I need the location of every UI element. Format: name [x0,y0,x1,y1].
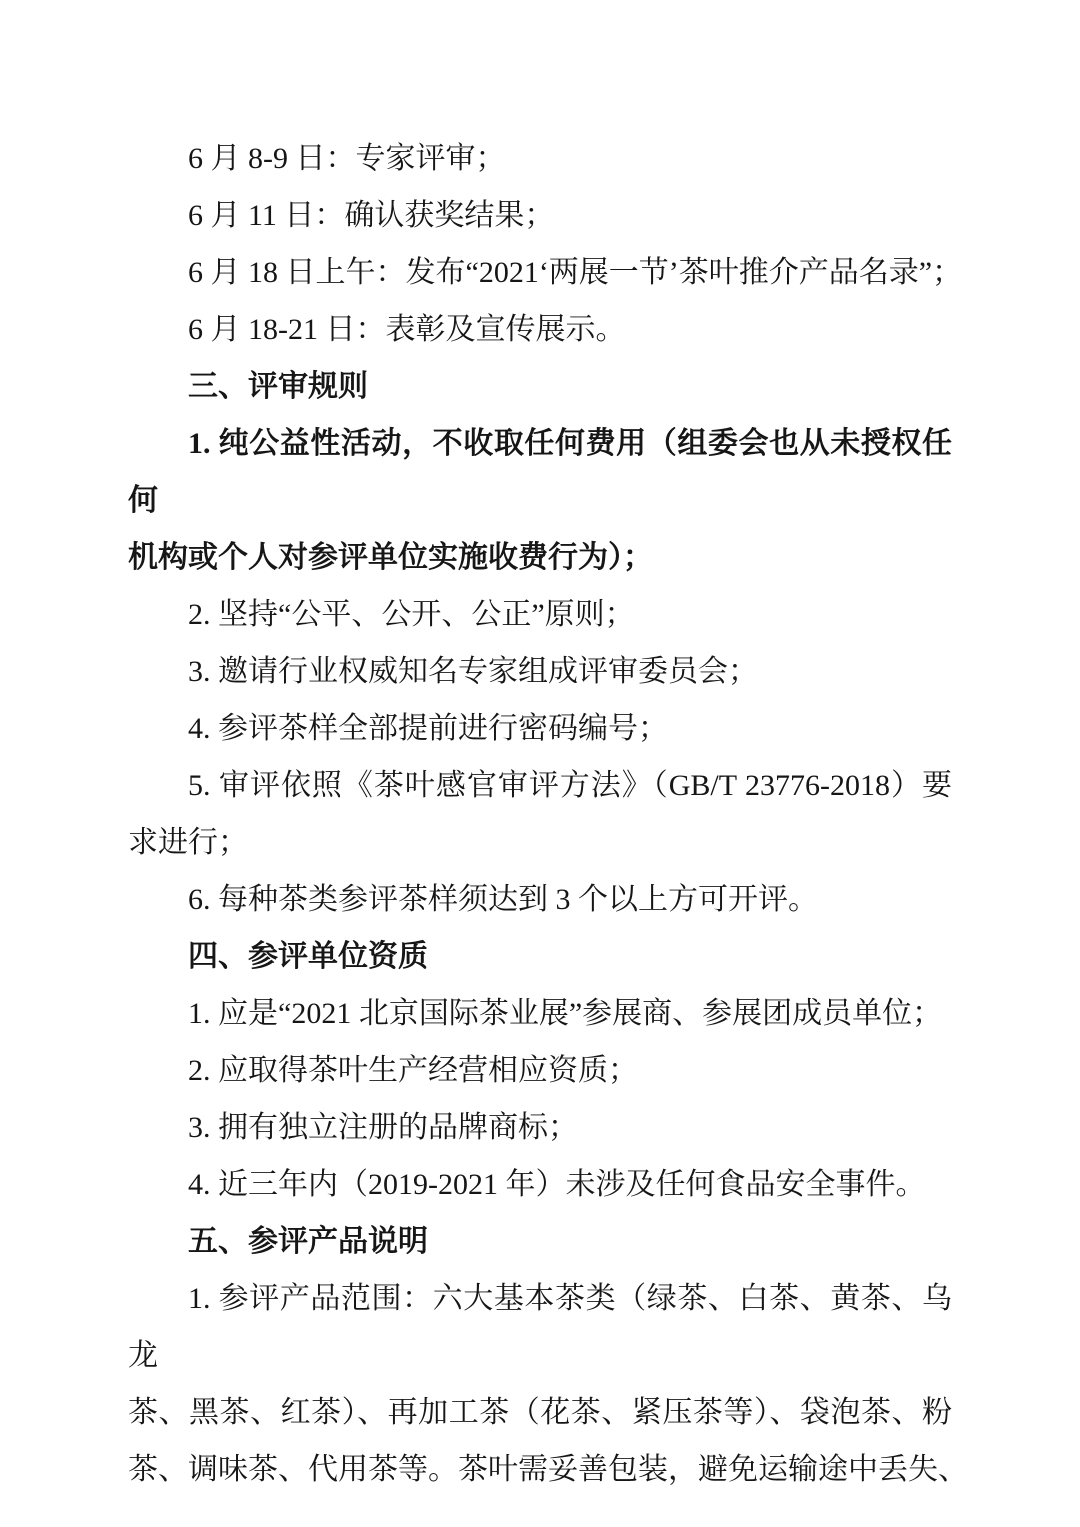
text-line: 6 月 11 日：确认获奖结果； [128,187,952,244]
paragraph: 3. 邀请行业权威知名专家组成评审委员会； [128,643,952,700]
paragraph: 4. 参评茶样全部提前进行密码编号； [128,700,952,757]
text-line: 6 月 18-21 日：表彰及宣传展示。 [128,301,952,358]
paragraph: 6 月 18-21 日：表彰及宣传展示。 [128,301,952,358]
paragraph: 6 月 11 日：确认获奖结果； [128,187,952,244]
paragraph: 1. 参评产品范围：六大基本茶类（绿茶、白茶、黄茶、乌龙茶、黑茶、红茶）、再加工… [128,1270,952,1498]
text-line: 茶、黑茶、红茶）、再加工茶（花茶、紧压茶等）、袋泡茶、粉 [128,1384,952,1441]
text-line: 3. 邀请行业权威知名专家组成评审委员会； [128,643,952,700]
paragraph: 4. 近三年内（2019-2021 年）未涉及任何食品安全事件。 [128,1156,952,1213]
paragraph: 6 月 8-9 日：专家评审； [128,130,952,187]
section-heading: 三、评审规则 [128,358,952,415]
text-line: 三、评审规则 [128,358,952,415]
text-line: 茶、调味茶、代用茶等。茶叶需妥善包装，避免运输途中丢失、 [128,1441,952,1498]
text-line: 求进行； [128,814,952,871]
section-heading: 四、参评单位资质 [128,928,952,985]
text-line: 1. 参评产品范围：六大基本茶类（绿茶、白茶、黄茶、乌龙 [128,1270,952,1384]
section-heading: 五、参评产品说明 [128,1213,952,1270]
paragraph: 3. 拥有独立注册的品牌商标； [128,1099,952,1156]
text-line: 四、参评单位资质 [128,928,952,985]
text-line: 4. 参评茶样全部提前进行密码编号； [128,700,952,757]
paragraph: 2. 应取得茶叶生产经营相应资质； [128,1042,952,1099]
paragraph: 6. 每种茶类参评茶样须达到 3 个以上方可开评。 [128,871,952,928]
text-line: 5. 审评依照《茶叶感官审评方法》（GB/T 23776-2018）要 [128,757,952,814]
text-line: 五、参评产品说明 [128,1213,952,1270]
text-line: 1. 应是“2021 北京国际茶业展”参展商、参展团成员单位； [128,985,952,1042]
text-line: 2. 应取得茶叶生产经营相应资质； [128,1042,952,1099]
paragraph: 2. 坚持“公平、公开、公正”原则； [128,586,952,643]
paragraph: 1. 应是“2021 北京国际茶业展”参展商、参展团成员单位； [128,985,952,1042]
text-line: 1. 纯公益性活动，不收取任何费用（组委会也从未授权任何 [128,415,952,529]
document-page: 6 月 8-9 日：专家评审；6 月 11 日：确认获奖结果；6 月 18 日上… [0,0,1080,1527]
text-line: 机构或个人对参评单位实施收费行为）； [128,529,952,586]
document-body: 6 月 8-9 日：专家评审；6 月 11 日：确认获奖结果；6 月 18 日上… [128,130,952,1498]
text-line: 3. 拥有独立注册的品牌商标； [128,1099,952,1156]
text-line: 4. 近三年内（2019-2021 年）未涉及任何食品安全事件。 [128,1156,952,1213]
text-line: 6 月 8-9 日：专家评审； [128,130,952,187]
text-line: 2. 坚持“公平、公开、公正”原则； [128,586,952,643]
text-line: 6. 每种茶类参评茶样须达到 3 个以上方可开评。 [128,871,952,928]
paragraph: 5. 审评依照《茶叶感官审评方法》（GB/T 23776-2018）要求进行； [128,757,952,871]
paragraph: 1. 纯公益性活动，不收取任何费用（组委会也从未授权任何机构或个人对参评单位实施… [128,415,952,586]
text-line: 6 月 18 日上午：发布“2021‘两展一节’茶叶推介产品名录”； [128,244,952,301]
paragraph: 6 月 18 日上午：发布“2021‘两展一节’茶叶推介产品名录”； [128,244,952,301]
